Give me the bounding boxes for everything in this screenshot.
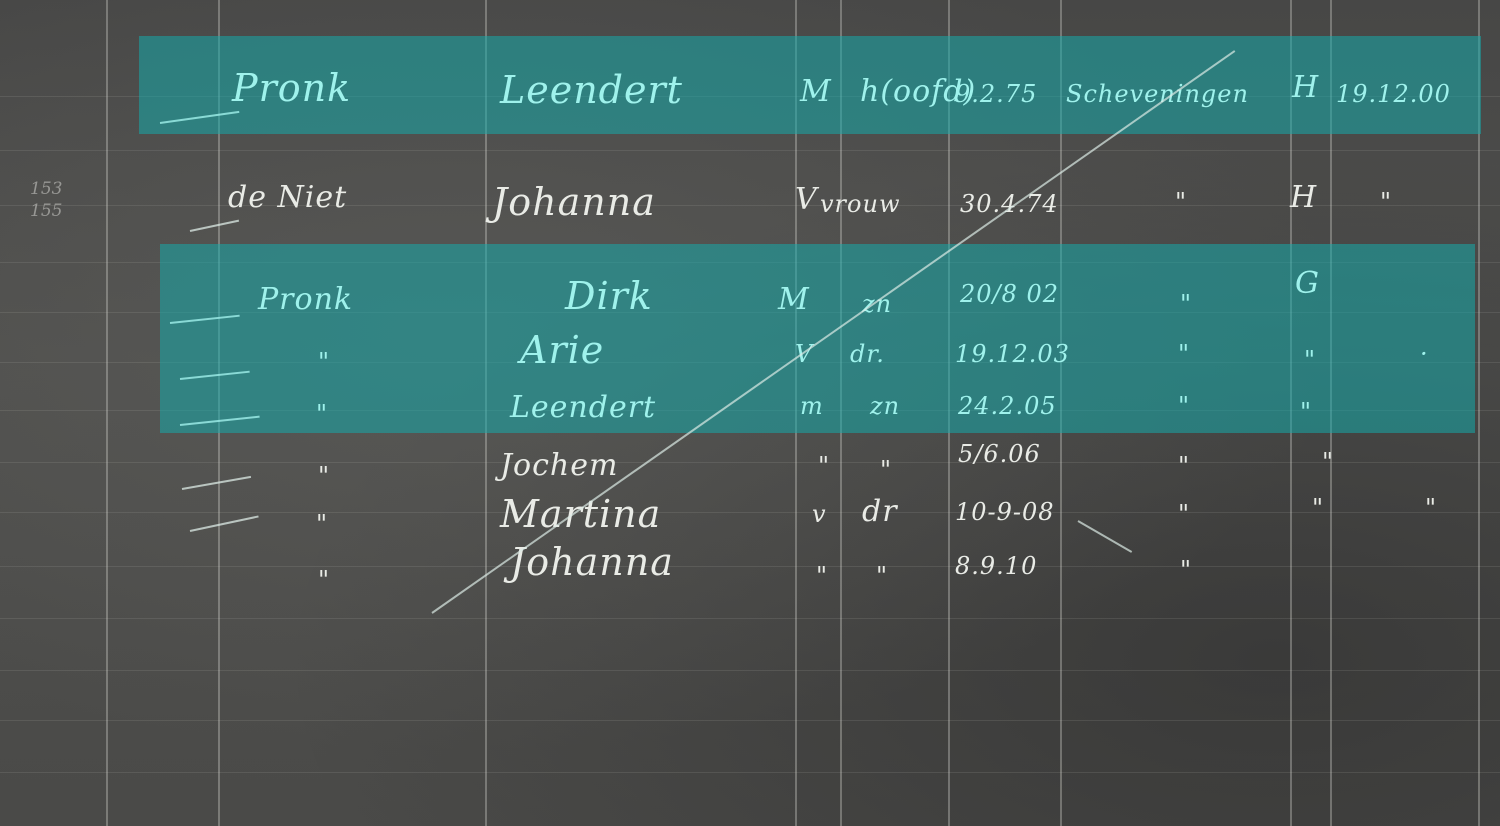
relation: zn — [870, 392, 900, 420]
surname: " — [318, 462, 330, 490]
religion: " — [1312, 494, 1324, 522]
sex: m — [800, 392, 824, 420]
given-name: Arie — [520, 328, 604, 372]
ruled-line — [0, 150, 1500, 151]
register-page: 153 155 Pronk Leendert M h(oofd) 9.2.75 … — [0, 0, 1500, 826]
surname: Pronk — [232, 66, 351, 110]
remark: " — [1380, 188, 1392, 216]
ruled-line — [0, 462, 1500, 463]
birth-date: 30.4.74 — [960, 190, 1059, 218]
birthplace: " — [1178, 392, 1190, 420]
relation: dr — [862, 494, 898, 529]
religion: " — [1322, 448, 1334, 476]
margin-note-bottom: 155 — [30, 200, 62, 222]
given-name: Johanna — [492, 180, 656, 224]
sex: " — [816, 562, 828, 590]
relation: vrouw — [820, 190, 900, 218]
surname: " — [316, 510, 328, 538]
ruled-line — [0, 772, 1500, 773]
given-name: Dirk — [565, 274, 653, 318]
birthplace: " — [1178, 452, 1190, 480]
birthplace: " — [1178, 340, 1190, 368]
sex: " — [818, 452, 830, 480]
sex: V — [795, 182, 818, 217]
surname: " — [318, 348, 330, 376]
remark: · — [1420, 340, 1429, 368]
given-name: Jochem — [500, 448, 618, 483]
birthplace: " — [1178, 500, 1190, 528]
birth-date: 5/6.06 — [958, 440, 1041, 468]
margin-note: 153 155 — [30, 178, 62, 222]
religion: H — [1290, 180, 1317, 215]
birth-date: 9.2.75 — [955, 80, 1037, 108]
column-rule — [106, 0, 108, 826]
surname: Pronk — [258, 282, 353, 317]
birth-date: 8.9.10 — [955, 552, 1037, 580]
sex: v — [812, 500, 827, 528]
ruled-line — [0, 566, 1500, 567]
remark: " — [1425, 494, 1437, 522]
given-name: Martina — [500, 492, 661, 536]
birthplace: " — [1180, 556, 1192, 584]
relation: dr. — [850, 340, 885, 368]
surname: " — [316, 400, 328, 428]
birth-date: 19.12.03 — [955, 340, 1070, 368]
row-dash — [190, 220, 239, 232]
given-name: Leendert — [500, 68, 683, 112]
ruled-line — [0, 512, 1500, 513]
flourish-stroke — [1078, 520, 1133, 553]
birth-date: 10-9-08 — [955, 498, 1055, 526]
given-name: Johanna — [510, 540, 674, 584]
sex: M — [800, 74, 832, 109]
religion: " — [1304, 346, 1316, 374]
ruled-line — [0, 720, 1500, 721]
surname: de Niet — [228, 180, 347, 215]
relation: " — [880, 456, 892, 484]
ruled-line — [0, 618, 1500, 619]
surname: " — [318, 566, 330, 594]
sex: M — [778, 282, 810, 317]
birthplace: " — [1180, 290, 1192, 318]
ruled-line — [0, 670, 1500, 671]
religion: " — [1300, 398, 1312, 426]
birth-date: 24.2.05 — [958, 392, 1057, 420]
margin-note-top: 153 — [30, 178, 62, 200]
relation: " — [876, 562, 888, 590]
row-dash — [182, 476, 251, 490]
ruled-line — [0, 205, 1500, 206]
birthplace: " — [1175, 188, 1187, 216]
religion: G — [1295, 266, 1320, 301]
religion: H — [1292, 70, 1319, 105]
given-name: Leendert — [510, 390, 656, 425]
remark: 19.12.00 — [1336, 80, 1451, 108]
birth-date: 20/8 02 — [960, 280, 1059, 308]
row-dash — [190, 515, 259, 532]
